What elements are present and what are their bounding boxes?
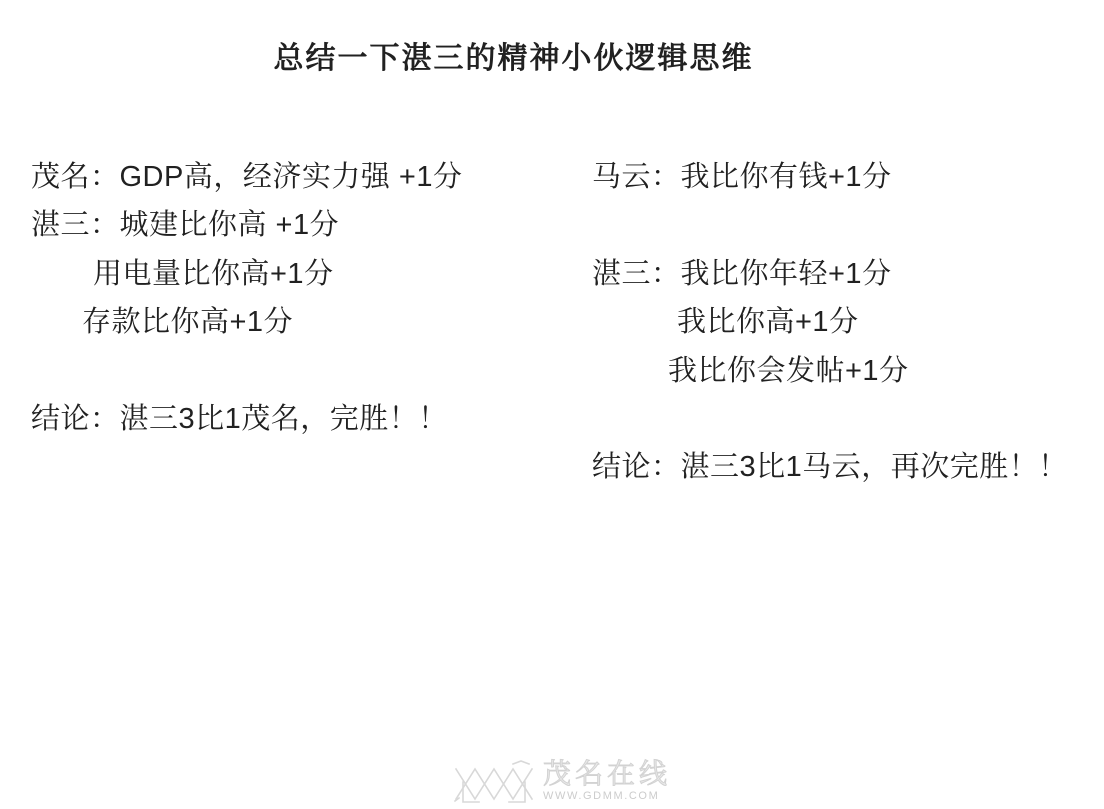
left-line-zhansan-score-2: 用电量比你高+1分 [31, 250, 462, 298]
left-text-column: 茂名：GDP高，经济实力强 +1分 湛三：城建比你高 +1分 用电量比你高+1分… [31, 153, 462, 443]
right-line-mayun-score: 马云：我比你有钱+1分 [592, 153, 1068, 201]
left-line-zhansan-score-3: 存款比你高+1分 [31, 298, 462, 346]
document-page: 总结一下湛三的精神小伙逻辑思维 茂名：GDP高，经济实力强 +1分 湛三：城建比… [0, 0, 1104, 809]
watermark-text-block: 茂名在线 WWW.GDMM.COM [543, 758, 671, 802]
right-blank-line-2 [592, 395, 1068, 443]
right-text-column: 马云：我比你有钱+1分 湛三：我比你年轻+1分 我比你高+1分 我比你会发帖+1… [592, 153, 1068, 492]
left-line-zhansan-score-1: 湛三：城建比你高 +1分 [31, 201, 462, 249]
maoming-online-logo-icon [453, 758, 537, 804]
right-line-zhansan-score-1: 湛三：我比你年轻+1分 [592, 250, 1068, 298]
left-line-conclusion: 结论：湛三3比1茂名，完胜！！ [31, 395, 462, 443]
left-line-maoming-score: 茂名：GDP高，经济实力强 +1分 [31, 153, 462, 201]
right-line-zhansan-score-3: 我比你会发帖+1分 [592, 347, 1068, 395]
page-title: 总结一下湛三的精神小伙逻辑思维 [0, 42, 1027, 76]
site-watermark: 茂名在线 WWW.GDMM.COM [453, 758, 671, 804]
left-blank-line [31, 347, 462, 395]
watermark-site-name: 茂名在线 [543, 758, 671, 790]
watermark-site-url: WWW.GDMM.COM [543, 790, 659, 802]
right-line-zhansan-score-2: 我比你高+1分 [592, 298, 1068, 346]
right-blank-line-1 [592, 201, 1068, 249]
right-line-conclusion: 结论：湛三3比1马云，再次完胜！！ [592, 443, 1068, 491]
